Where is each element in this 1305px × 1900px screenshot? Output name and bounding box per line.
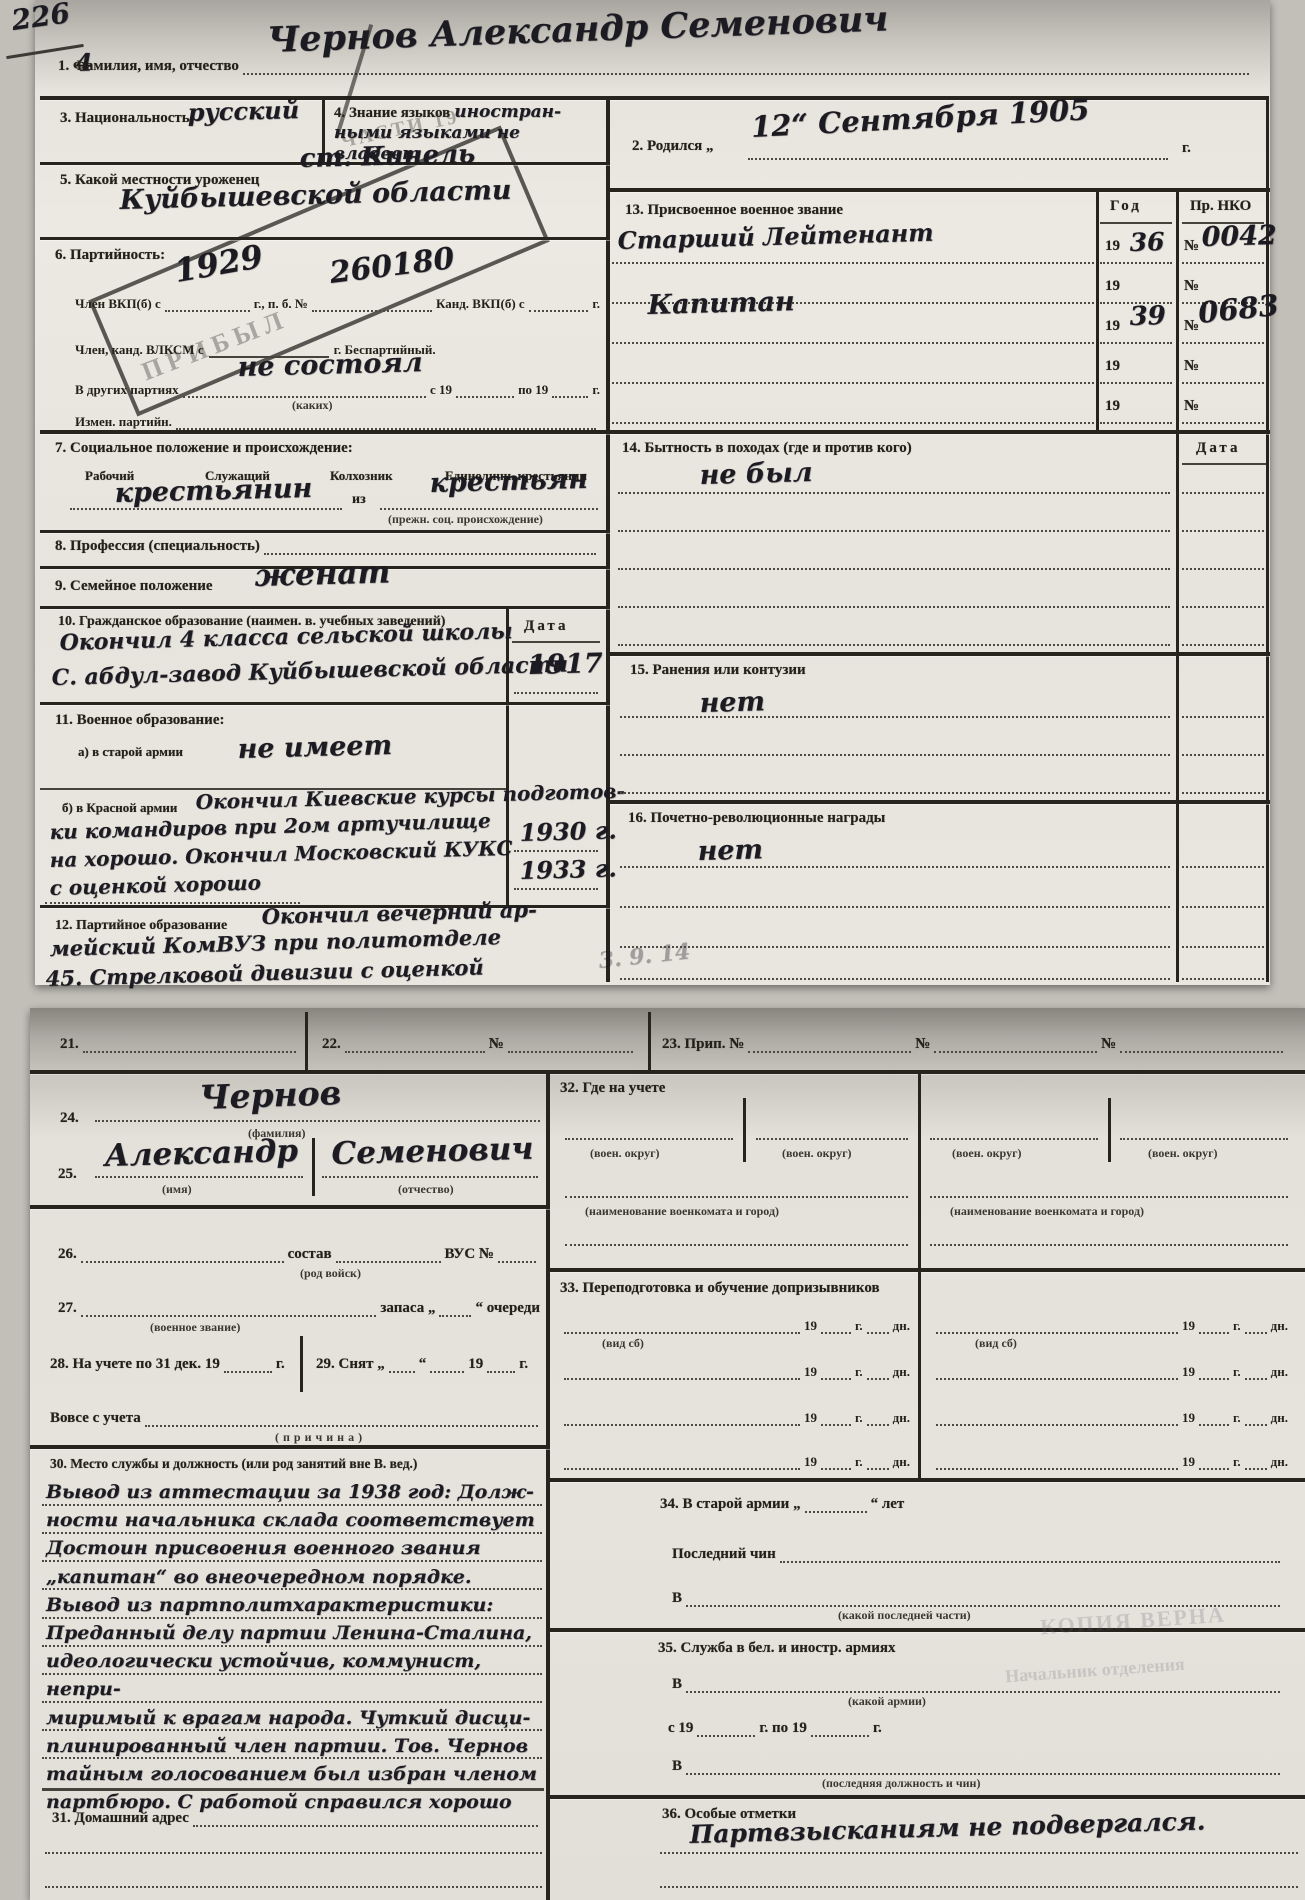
field-6-line3: В других партиях с 19 по 19 г. [75, 382, 600, 398]
field-11b-label: б) в Красной армии [62, 800, 177, 816]
label: г. [873, 1720, 882, 1737]
field-7-sub: (прежн. соц. происхождение) [388, 512, 543, 527]
fill-line [748, 158, 1168, 160]
field-2-suffix: г. [1182, 140, 1191, 157]
rule [550, 1795, 1305, 1799]
rule [40, 237, 610, 240]
field-26-vus: ВУС № [445, 1246, 494, 1263]
label: с 19 [430, 382, 452, 398]
field-29-label: 29. Снят „ [316, 1356, 385, 1373]
label: г., п. б. № [254, 296, 308, 312]
rule [40, 606, 610, 609]
main-column-divider [606, 96, 610, 982]
label: Член ВКП(б) с [75, 296, 161, 312]
field-33-row: 19 г.дн. [932, 1454, 1288, 1470]
field-28: 28. На учете по 31 дек. 19 г. [50, 1356, 290, 1373]
field-33-row: 19 г.дн. [560, 1454, 910, 1470]
label: В [672, 1676, 682, 1693]
field-6-other-parties: не состоял [237, 347, 423, 383]
rule [40, 430, 610, 434]
field-33-row: 19 г.дн. [560, 1410, 910, 1426]
field-27: 27. запаса „ “ очереди [58, 1300, 540, 1317]
field-23-label: 23. Прип. № [662, 1036, 744, 1053]
field-6-line1: Член ВКП(б) с г., п. б. № Канд. ВКП(б) с… [75, 296, 600, 312]
field-16-label: 16. Почетно-революционные награды [628, 810, 885, 827]
field-35-line2: В [672, 1676, 1284, 1693]
field-25-sub2: (отчество) [398, 1182, 454, 1197]
kommat-sub: (наименование военкомата и город) [585, 1204, 779, 1219]
last-rank-label: Последний чин [672, 1546, 776, 1563]
field-34-sub: (какой последней части) [838, 1608, 971, 1623]
field-22: 22. № [322, 1036, 637, 1053]
field-34-label: 34. В старой армии „ [660, 1496, 801, 1513]
field-23-no2: № [915, 1036, 930, 1053]
field-33-row: 19 г.дн. [560, 1318, 910, 1334]
printed-19: 19 [1105, 278, 1120, 295]
label: В [672, 1758, 682, 1775]
divider [1176, 430, 1179, 654]
okrug-sub: (воен. округ) [1148, 1146, 1218, 1161]
year-row3: 39 [1129, 301, 1166, 332]
field-7-col-kolkhoznik: Колхозник [330, 468, 393, 484]
rule [40, 530, 610, 533]
bottom-column-divider [546, 1070, 550, 1900]
field-25-first-name: Александр [104, 1133, 298, 1174]
field-16-value: нет [697, 834, 763, 867]
vid-sub: (вид сб) [975, 1336, 1017, 1351]
okrug-sub: (воен. округ) [590, 1146, 660, 1161]
fill-line [70, 508, 342, 510]
off-register-label: Вовсе с учета [50, 1410, 141, 1427]
divider [300, 1336, 303, 1392]
printed-no: № [1184, 358, 1199, 375]
label: Член, канд. ВЛКСМ с [75, 342, 204, 358]
field-26: 26. состав ВУС № [58, 1246, 540, 1263]
field-35-label: 35. Служба в бел. и иностр. армиях [658, 1640, 896, 1657]
field-26-label: 26. [58, 1246, 77, 1263]
field-26-sub: (род войск) [300, 1266, 361, 1281]
fill-line [243, 60, 1249, 75]
printed-no: № [1184, 238, 1199, 255]
printed-19: 19 [1105, 238, 1120, 255]
divider [312, 1138, 315, 1196]
off-register-sub: (причина) [275, 1430, 366, 1445]
fill-line [514, 888, 598, 890]
field-35-sub2: (какой армии) [848, 1694, 926, 1709]
field-30-value: Вывод из аттестации за 1938 год: Долж- н… [46, 1478, 546, 1816]
field-7-value-1: крестьянин [114, 473, 312, 509]
field-9-label: 9. Семейное положение [55, 578, 213, 595]
label: г. [592, 296, 600, 312]
printed-19: 19 [1105, 398, 1120, 415]
field-27-sub: (военное звание) [150, 1320, 240, 1335]
printed-19: 19 [1105, 358, 1120, 375]
label: В [672, 1590, 682, 1607]
label: по 19 [518, 382, 548, 398]
label: Канд. ВКП(б) с [436, 296, 525, 312]
field-27-label: 27. [58, 1300, 77, 1317]
printed-no: № [1184, 278, 1199, 295]
rule [610, 188, 1270, 192]
divider [1176, 188, 1179, 432]
rule [550, 1268, 1305, 1272]
date-header: Дата [1196, 440, 1240, 457]
rule [30, 1205, 550, 1209]
year-row1: 36 [1129, 227, 1165, 257]
field-1: 1. Фамилия, имя, отчество [58, 58, 1253, 75]
field-27-zapas: запаса „ [380, 1300, 435, 1317]
label: с 19 [668, 1720, 693, 1737]
field-34: 34. В старой армии „ “ лет [660, 1496, 960, 1513]
label: В других партиях [75, 382, 179, 398]
field-6-label: 6. Партийность: [55, 247, 165, 264]
label: г. по 19 [759, 1720, 807, 1737]
label: Измен. партийн. [75, 414, 172, 430]
field-11b-date1: 1930 г. [519, 815, 617, 847]
field-7-label: 7. Социальное положение и происхождение: [55, 440, 353, 457]
kommat-sub: (наименование военкомата и город) [950, 1204, 1144, 1219]
field-30-label: 30. Место службы и должность (или род за… [50, 1456, 417, 1472]
rule [30, 1070, 1305, 1074]
rule [610, 430, 1270, 434]
field-33-label: 33. Переподготовка и обучение допризывни… [560, 1280, 880, 1297]
printed-no: № [1184, 318, 1199, 335]
field-15-label: 15. Ранения или контузии [630, 662, 806, 679]
field-8: 8. Профессия (специальность) [55, 538, 600, 555]
field-31-label: 31. Домашний адрес [52, 1810, 189, 1827]
off-register: Вовсе с учета [50, 1410, 542, 1427]
field-11a-value: не имеет [237, 730, 392, 765]
field-13-col-year: Год [1110, 198, 1142, 215]
field-11b-date2: 1933 г. [519, 853, 617, 885]
field-27-tail: “ очереди [475, 1300, 540, 1317]
printed-19: 19 [1105, 318, 1120, 335]
field-7-iz: из [352, 492, 366, 508]
field-9-value: женат [254, 554, 391, 594]
field-13-label: 13. Присвоенное военное звание [625, 202, 843, 219]
field-11-label: 11. Военное образование: [55, 712, 224, 729]
field-29-tail: г. [519, 1356, 528, 1373]
divider [1108, 1098, 1111, 1162]
field-7-value-2: крестьян [429, 464, 588, 499]
divider [1096, 188, 1099, 432]
date-column-divider [506, 606, 509, 906]
field-3-value: русский [187, 95, 299, 127]
printed-no: № [1184, 398, 1199, 415]
rule [1100, 222, 1172, 224]
okrug-sub: (воен. округ) [782, 1146, 852, 1161]
field-23-no3: № [1101, 1036, 1116, 1053]
field-25-label: 25. [58, 1166, 77, 1183]
rule [550, 1478, 1305, 1482]
field-21-label: 21. [60, 1036, 79, 1053]
field-21: 21. [60, 1036, 300, 1053]
divider [648, 1012, 651, 1072]
field-23: 23. Прип. № № № [662, 1036, 1287, 1053]
fill-line [514, 850, 598, 852]
field-35-sub4: (последняя должность и чин) [822, 1776, 980, 1791]
fill-line [514, 692, 598, 694]
divider [918, 1070, 921, 1270]
field-24-label: 24. [60, 1110, 79, 1127]
field-11a-label: а) в старой армии [78, 744, 183, 760]
field-31: 31. Домашний адрес [52, 1810, 542, 1827]
field-1-label: 1. Фамилия, имя, отчество [58, 58, 239, 75]
field-34-tail: “ лет [871, 1496, 905, 1513]
field-29: 29. Снят „ “ 19 г. [316, 1356, 542, 1373]
rule [610, 800, 1270, 804]
field-34-line2: Последний чин [672, 1546, 1284, 1563]
date-header: Дата [524, 618, 568, 635]
divider [1176, 800, 1179, 982]
field-22-no: № [489, 1036, 504, 1053]
field-33-row: 19 г.дн. [932, 1364, 1288, 1380]
divider [305, 1012, 308, 1072]
field-4-label: 4. Знание языков [334, 105, 450, 121]
field-2-label: 2. Родился „ [632, 138, 714, 155]
field-33-row: 19 г.дн. [560, 1364, 910, 1380]
field-35-line3: с 19 г. по 19 г. [668, 1720, 958, 1737]
field-28-tail: г. [276, 1356, 285, 1373]
okrug-sub: (воен. округ) [952, 1146, 1022, 1161]
rank-row3: Капитан [647, 286, 795, 321]
field-33-row: 19 г.дн. [932, 1318, 1288, 1334]
divider [918, 1268, 921, 1478]
field-6-sub: (каких) [292, 398, 333, 413]
field-26-sostav: состав [288, 1246, 332, 1263]
vid-sub: (вид сб) [602, 1336, 644, 1351]
field-3-label: 3. Национальность [60, 110, 190, 127]
rule [1182, 463, 1266, 465]
field-13-col-order: Пр. НКО [1190, 198, 1251, 215]
field-15-value: нет [699, 686, 765, 719]
order-row1: 0042 [1201, 220, 1277, 253]
label: г. [592, 382, 600, 398]
scanned-personnel-form: 226 4 Чернов Александр Семенович 1. Фами… [0, 0, 1305, 1900]
rule [40, 702, 610, 705]
field-14-value: не был [699, 457, 813, 491]
field-33-row: 19 г.дн. [932, 1410, 1288, 1426]
field-6-line4: Измен. партийн. [75, 414, 600, 430]
field-5-value-1: ст. Кинель [299, 139, 475, 174]
rule [610, 652, 1270, 656]
field-25-patronymic: Семенович [331, 1131, 534, 1172]
field-29-19: 19 [468, 1356, 483, 1373]
rule [30, 1445, 550, 1449]
field-24-value: Чернов [199, 1073, 342, 1117]
fill-line [380, 508, 598, 510]
field-35-line4: В [672, 1758, 1284, 1775]
field-25-sub1: (имя) [162, 1182, 192, 1197]
field-29-quote: “ [419, 1356, 427, 1373]
field-22-label: 22. [322, 1036, 341, 1053]
divider [743, 1098, 746, 1162]
field-8-label: 8. Профессия (специальность) [55, 538, 260, 555]
field-14-label: 14. Бытность в походах (где и против ког… [622, 440, 912, 457]
field-28-label: 28. На учете по 31 дек. 19 [50, 1356, 220, 1373]
field-10-date: 1917 [527, 648, 603, 681]
rule [512, 641, 600, 643]
field-32-label: 32. Где на учете [560, 1080, 665, 1097]
divider [1176, 652, 1179, 800]
